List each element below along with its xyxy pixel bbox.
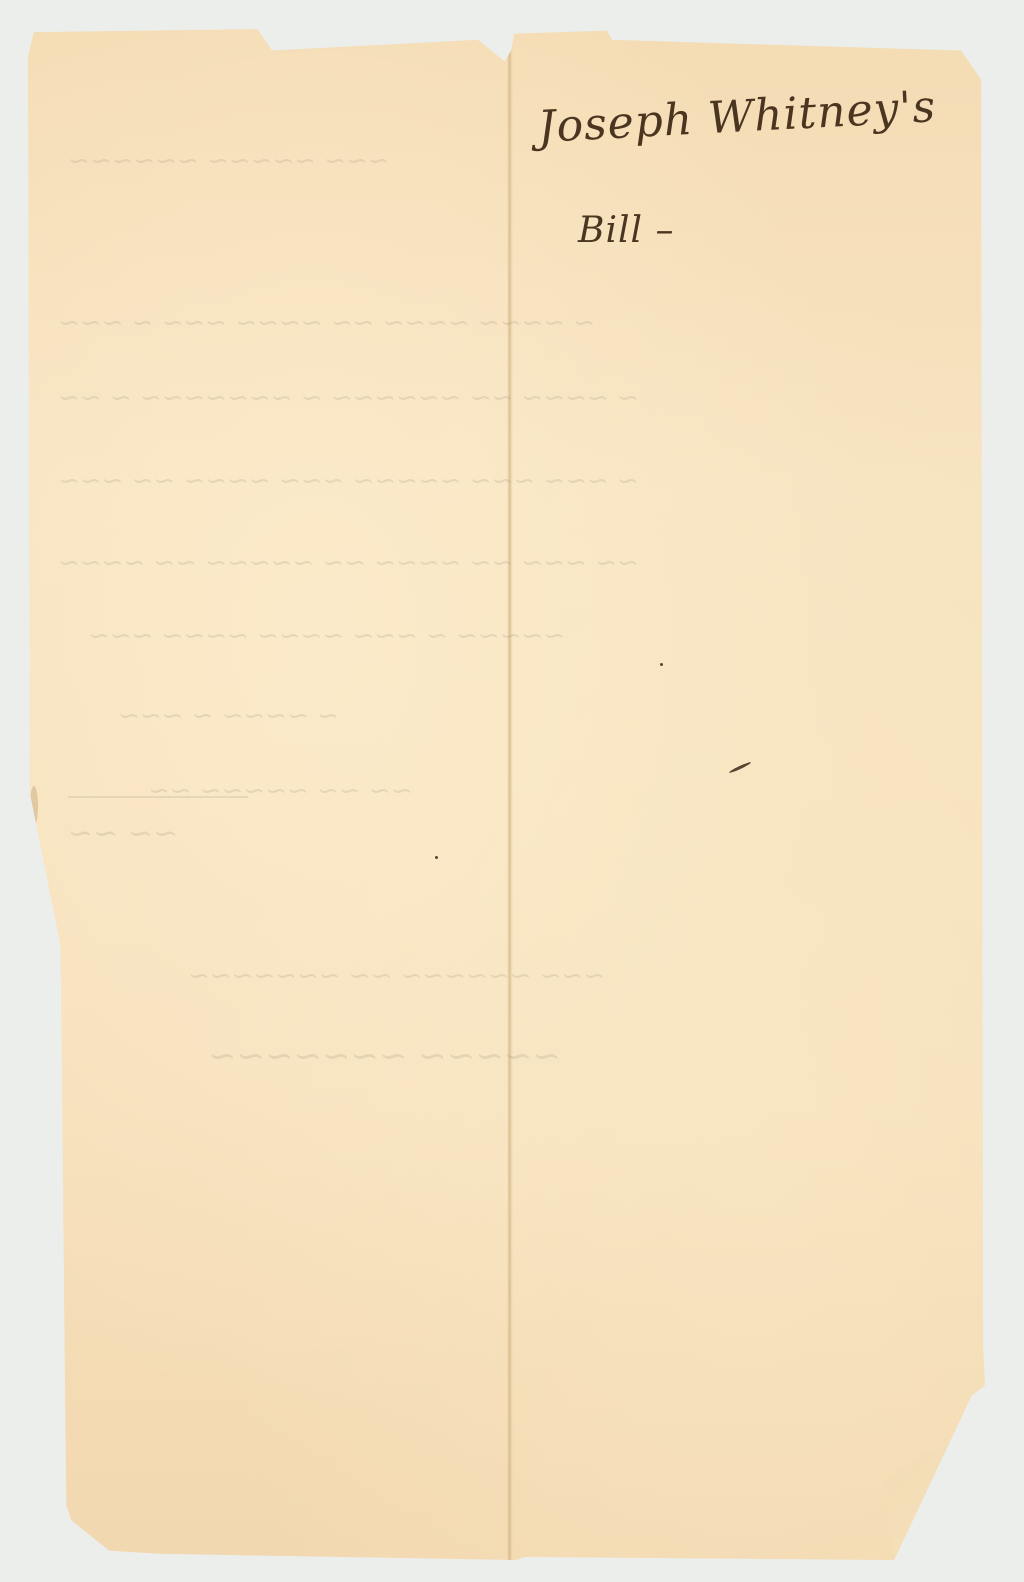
- docket-label: Bill –: [578, 210, 674, 251]
- bleed-through-line: ~~~ ~~~~~ ~~~~~~: [68, 146, 390, 176]
- ink-speck: [660, 663, 663, 666]
- bleed-through-line: ~~~~~ ~ ~~~ ~~~~ ~~~~ ~~~: [88, 621, 565, 651]
- bleed-through-line: ~ ~~~ ~~~ ~~~~~ ~~~ ~~~~ ~~ ~~~: [58, 466, 639, 496]
- stain: [30, 786, 38, 826]
- ink-speck: [435, 856, 438, 859]
- bleed-through-line: ~~~ ~~~~~~ ~~ ~~~~~~~: [188, 961, 605, 991]
- bleed-through-line: ~~ ~~ ~~~~~ ~~: [148, 776, 412, 806]
- folded-corner: [886, 1426, 996, 1560]
- center-fold-crease: [507, 26, 513, 1560]
- ink-speck: [728, 761, 751, 774]
- bleed-through-line: ~ ~~~~ ~~~~ ~~ ~~~~ ~~~ ~ ~~~: [58, 308, 595, 338]
- bleed-through-signature: ~~~~~ ~~~~~~~: [208, 1036, 561, 1076]
- bleed-through-line: ~~ ~~: [68, 816, 178, 851]
- bleed-through-line: ~ ~~~~ ~ ~~~: [118, 701, 339, 731]
- bleed-through-line: ~~ ~~~ ~~ ~~~~ ~~ ~~~~~ ~~ ~~~~: [58, 548, 639, 578]
- bleed-through-line: ~ ~~~~ ~~ ~~~~~~ ~ ~~~~~~~ ~ ~~: [58, 383, 639, 413]
- bleed-through-total-rule: [68, 796, 248, 798]
- document-sheet: ~~~ ~~~~~ ~~~~~~ ~ ~~~~ ~~~~ ~~ ~~~~ ~~~…: [28, 26, 985, 1560]
